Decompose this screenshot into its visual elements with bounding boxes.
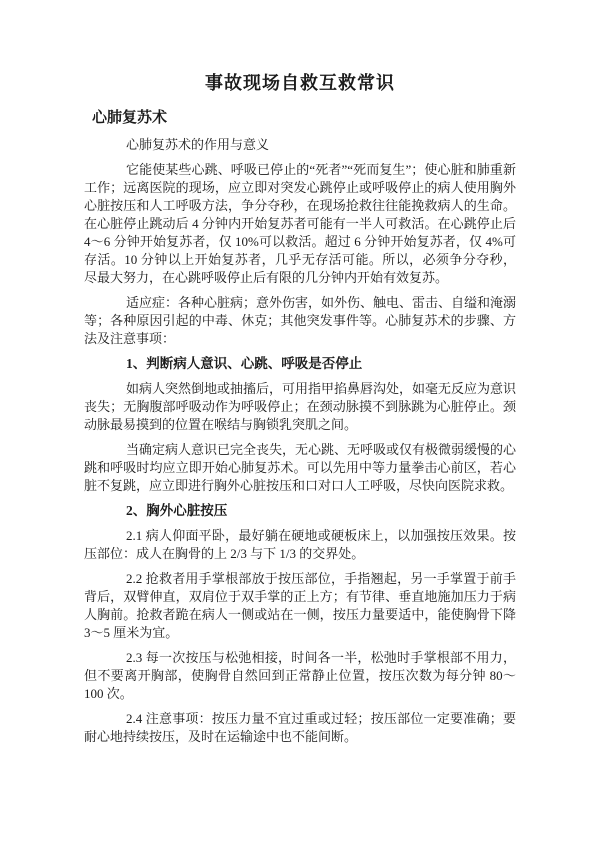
document-page: 事故现场自救互救常识 心肺复苏术心肺复苏术的作用与意义它能使某些心跳、呼吸已停止… — [0, 0, 600, 849]
paragraph: 如病人突然倒地或抽搐后，可用指甲掐鼻唇沟处，如毫无反应为意识丧失；无胸腹部呼吸动… — [84, 380, 516, 434]
section-heading: 心肺复苏术 — [92, 108, 516, 128]
document-body: 心肺复苏术心肺复苏术的作用与意义它能使某些心跳、呼吸已停止的“死者”“死而复生”… — [84, 108, 516, 746]
paragraph: 它能使某些心跳、呼吸已停止的“死者”“死而复生”；使心脏和肺重新工作；远离医院的… — [84, 161, 516, 287]
paragraph: 2.4 注意事项：按压力量不宜过重或过轻；按压部位一定要准确；要耐心地持续按压，… — [84, 710, 516, 746]
paragraph: 2.1 病人仰面平卧，最好躺在硬地或硬板床上，以加强按压效果。按压部位：成人在胸… — [84, 527, 516, 563]
section-subtitle: 心肺复苏术的作用与意义 — [84, 136, 516, 154]
document-title: 事故现场自救互救常识 — [84, 71, 516, 95]
paragraph: 2.2 抢救者用手掌根部放于按压部位，手指翘起，另一手掌置于前手背后，双臂伸直，… — [84, 570, 516, 642]
numbered-heading: 2、胸外心脏按压 — [84, 502, 516, 520]
paragraph: 2.3 每一次按压与松弛相接，时间各一半，松弛时手掌根部不用力，但不要离开胸部，… — [84, 649, 516, 703]
paragraph: 当确定病人意识已完全丧失，无心跳、无呼吸或仅有极微弱缓慢的心跳和呼吸时均应立即开… — [84, 441, 516, 495]
paragraph: 适应症：各种心脏病；意外伤害，如外伤、触电、雷击、自缢和淹溺等；各种原因引起的中… — [84, 294, 516, 348]
numbered-heading: 1、判断病人意识、心跳、呼吸是否停止 — [84, 355, 516, 373]
